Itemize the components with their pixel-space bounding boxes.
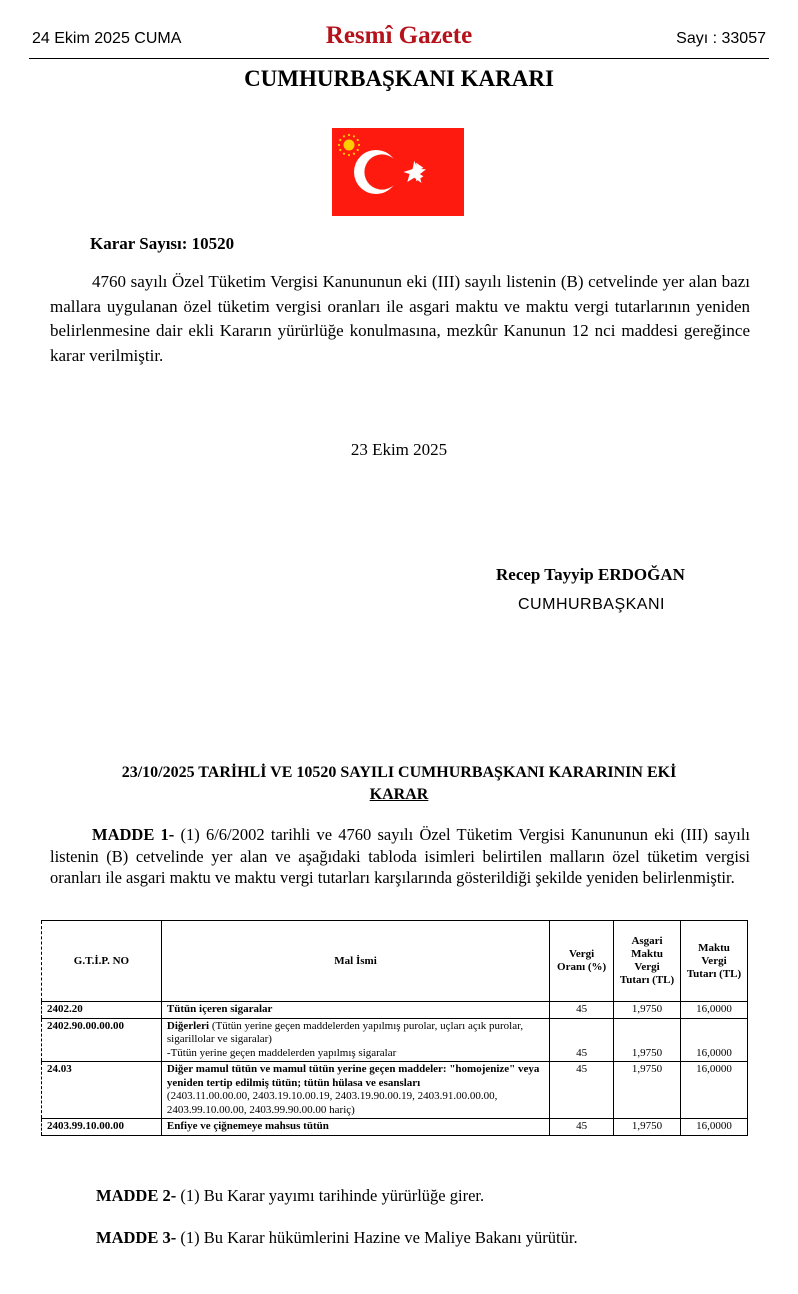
presidential-flag-icon [332,128,464,216]
tax-rate: 45 [550,1062,614,1119]
article-3-label: MADDE 3- [96,1228,176,1247]
article-2-text: (1) Bu Karar yayımı tarihinde yürürlüğe … [180,1186,484,1205]
min-specific-tax: 1,9750 [614,1062,681,1119]
goods-name-bold: Diğer mamul tütün ve mamul tütün yerine … [167,1063,540,1089]
goods-name: Diğer mamul tütün ve mamul tütün yerine … [161,1062,549,1119]
article-3-text: (1) Bu Karar hükümlerini Hazine ve Maliy… [180,1228,577,1247]
header-goods-name: Mal İsmi [161,921,549,1002]
tax-rate-table: G.T.İ.P. NO Mal İsmi Vergi Oranı (%) Asg… [41,920,748,1136]
goods-name-note: -Tütün yerine geçen maddelerden yapılmış… [167,1047,544,1061]
specific-tax: 16,0000 [681,1119,748,1136]
header-min-specific-tax: Asgari Maktu Vergi Tutarı (TL) [614,921,681,1002]
goods-name-note: (2403.11.00.00.00, 2403.19.10.00.19, 240… [167,1090,544,1117]
specific-tax: 16,0000 [681,1062,748,1119]
table-row: 2402.20Tütün içeren sigaralar451,975016,… [42,1002,748,1019]
tax-rate: 45 [550,1119,614,1136]
annex-title-line1: 23/10/2025 TARİHLİ VE 10520 SAYILI CUMHU… [40,762,758,784]
article-2-label: MADDE 2- [96,1186,176,1205]
goods-name: Enfiye ve çiğnemeye mahsus tütün [161,1119,549,1136]
table-row: 2402.90.00.00.00Diğerleri (Tütün yerine … [42,1018,748,1062]
gtip-code: 2402.20 [42,1002,162,1019]
annex-title: 23/10/2025 TARİHLİ VE 10520 SAYILI CUMHU… [40,762,758,806]
goods-name: Diğerleri (Tütün yerine geçen maddelerde… [161,1018,549,1062]
header-tax-rate: Vergi Oranı (%) [550,921,614,1002]
issue-number: Sayı : 33057 [676,30,766,48]
page-title: CUMHURBAŞKANI KARARI [0,66,798,92]
header-divider [29,58,769,59]
gazette-header: 24 Ekim 2025 CUMA Resmî Gazete Sayı : 33… [0,0,798,60]
signature-date: 23 Ekim 2025 [0,440,798,460]
goods-name-bold: Diğerleri [167,1020,209,1032]
gtip-code: 2402.90.00.00.00 [42,1018,162,1062]
article-3: MADDE 3- (1) Bu Karar hükümlerini Hazine… [96,1228,578,1248]
signer-name: Recep Tayyip ERDOĞAN [496,565,685,585]
table-header-row: G.T.İ.P. NO Mal İsmi Vergi Oranı (%) Asg… [42,921,748,1002]
table-row: 2403.99.10.00.00Enfiye ve çiğnemeye mahs… [42,1119,748,1136]
goods-name-bold: Enfiye ve çiğnemeye mahsus tütün [167,1120,329,1132]
goods-name: Tütün içeren sigaralar [161,1002,549,1019]
min-specific-tax: 1,9750 [614,1002,681,1019]
gtip-code: 2403.99.10.00.00 [42,1119,162,1136]
tax-rate: 45 [550,1018,614,1062]
decree-body-text: 4760 sayılı Özel Tüketim Vergisi Kanunun… [50,272,750,365]
goods-name-bold: Tütün içeren sigaralar [167,1003,273,1015]
header-gtip: G.T.İ.P. NO [42,921,162,1002]
table-row: 24.03Diğer mamul tütün ve mamul tütün ye… [42,1062,748,1119]
gtip-code: 24.03 [42,1062,162,1119]
specific-tax: 16,0000 [681,1018,748,1062]
specific-tax: 16,0000 [681,1002,748,1019]
min-specific-tax: 1,9750 [614,1119,681,1136]
article-2: MADDE 2- (1) Bu Karar yayımı tarihinde y… [96,1186,484,1206]
goods-name-rest: (Tütün yerine geçen maddelerden yapılmış… [167,1020,523,1046]
article-1: MADDE 1- (1) 6/6/2002 tarihli ve 4760 sa… [50,824,750,889]
article-1-label: MADDE 1- [92,825,174,844]
decree-body: 4760 sayılı Özel Tüketim Vergisi Kanunun… [50,270,750,368]
annex-title-line2: KARAR [370,786,429,803]
header-specific-tax: Maktu Vergi Tutarı (TL) [681,921,748,1002]
min-specific-tax: 1,9750 [614,1018,681,1062]
decree-number: Karar Sayısı: 10520 [90,234,234,254]
signer-title: CUMHURBAŞKANI [518,596,665,614]
tax-rate: 45 [550,1002,614,1019]
